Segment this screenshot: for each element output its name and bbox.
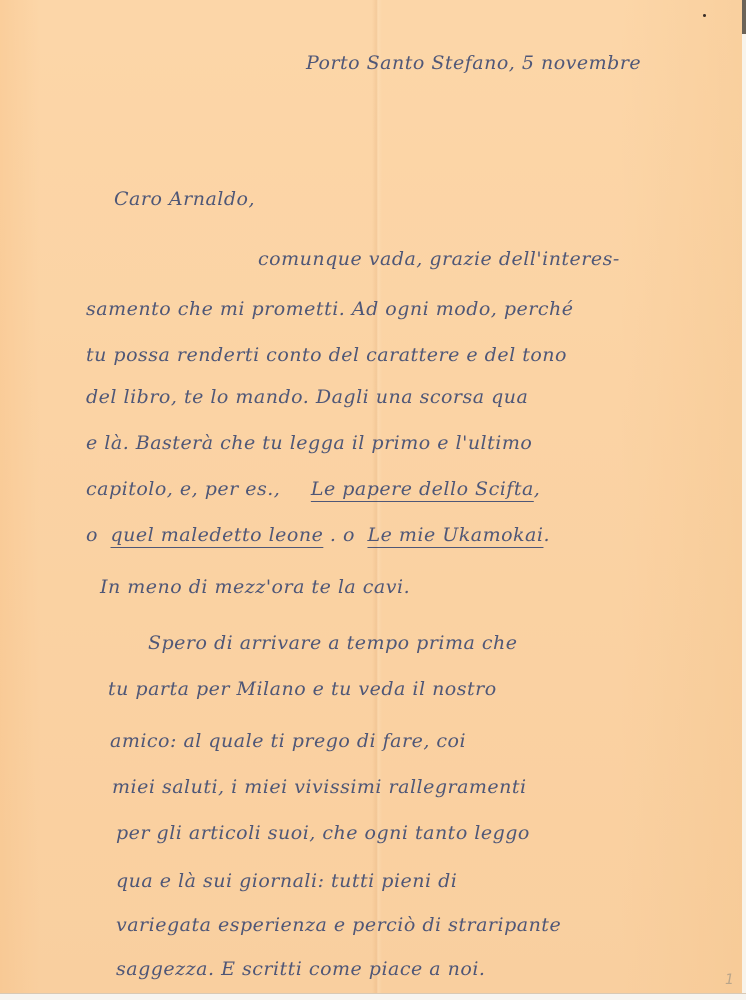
letter-line-14: qua e là sui giornali: tutti pieni di (116, 870, 457, 892)
letter-line-1: comunque vada, grazie dell'interes- (258, 248, 620, 270)
letter-page: Porto Santo Stefano, 5 novembre Caro Arn… (0, 0, 742, 994)
line-6-text: capitolo, e, per es., (86, 478, 280, 500)
scan-edge (742, 0, 746, 34)
letter-line-16: saggezza. E scritti come piace a noi. (116, 958, 485, 980)
letter-line-7: o quel maledetto leone . o Le mie Ukamok… (86, 524, 550, 546)
letter-line-13: per gli articoli suoi, che ogni tanto le… (116, 822, 530, 844)
letter-line-11: amico: al quale ti prego di fare, coi (110, 730, 466, 752)
line-7-o: o (86, 524, 98, 546)
scan-margin (0, 993, 746, 1000)
letter-line-15: variegata esperienza e perciò di strarip… (116, 914, 561, 936)
ink-speck (703, 14, 706, 17)
letter-line-10: tu parta per Milano e tu veda il nostro (108, 678, 497, 700)
letter-line-8: In meno di mezz'ora te la cavi. (100, 576, 410, 598)
comma: , (534, 478, 541, 500)
title-le-papere: Le papere dello Scifta (311, 478, 534, 500)
period: . (543, 524, 550, 546)
page-number: 1 (725, 972, 734, 988)
letter-line-2: samento che mi prometti. Ad ogni modo, p… (86, 298, 573, 320)
line-7-sep: . o (330, 524, 355, 546)
place-date: Porto Santo Stefano, 5 novembre (306, 52, 641, 74)
title-quel-maledetto-leone: quel maledetto leone (111, 524, 324, 546)
letter-line-3: tu possa renderti conto del carattere e … (86, 344, 567, 366)
letter-line-5: e là. Basterà che tu legga il primo e l'… (86, 432, 532, 454)
letter-line-4: del libro, te lo mando. Dagli una scorsa… (86, 386, 528, 408)
letter-line-6: capitolo, e, per es., Le papere dello Sc… (86, 478, 540, 500)
letter-line-9: Spero di arrivare a tempo prima che (148, 632, 518, 654)
letter-line-12: miei saluti, i miei vivissimi rallegrame… (112, 776, 527, 798)
salutation: Caro Arnaldo, (114, 188, 255, 210)
title-le-mie-ukamokai: Le mie Ukamokai (367, 524, 543, 546)
